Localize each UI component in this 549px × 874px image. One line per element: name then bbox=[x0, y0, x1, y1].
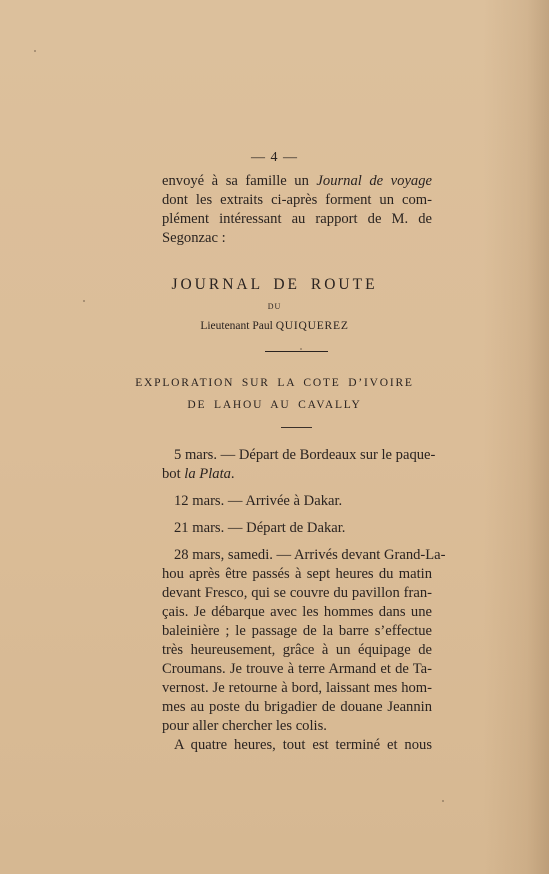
text-line: baleinière ; le passage de la barre s’ef… bbox=[162, 622, 432, 641]
text-line: 21 mars. — Départ de Dakar. bbox=[162, 519, 432, 538]
text-line: dont les extraits ci-après forment un co… bbox=[162, 191, 432, 210]
text-line: Segonzac : bbox=[162, 229, 432, 248]
text-line: hou après être passés à sept heures du m… bbox=[162, 565, 432, 584]
paper-speck bbox=[300, 348, 302, 350]
divider-rule-short bbox=[281, 427, 312, 428]
text-line: envoyé à sa famille un Journal de voyage bbox=[162, 172, 432, 191]
journal-entry: 12 mars. — Arrivée à Dakar. bbox=[162, 492, 432, 511]
text-line: 28 mars, samedi. — Arrivés devant Grand-… bbox=[162, 546, 432, 565]
paper-speck bbox=[34, 50, 36, 52]
title-du: DU bbox=[0, 302, 549, 311]
text-line: plément intéressant au rapport de M. de bbox=[162, 210, 432, 229]
paper-speck bbox=[83, 300, 85, 302]
text-line: bot la Plata. bbox=[162, 465, 432, 484]
journal-title: JOURNAL DE ROUTE bbox=[0, 276, 549, 294]
scanned-page: — 4 — envoyé à sa famille un Journal de … bbox=[0, 0, 549, 874]
text-line: Croumans. Je trouve à terre Armand et de… bbox=[162, 660, 432, 679]
journal-entry: A quatre heures, tout est terminé et nou… bbox=[162, 736, 432, 755]
paper-speck bbox=[442, 800, 444, 802]
text-line: devant Fresco, qui se couvre du pavillon… bbox=[162, 584, 432, 603]
text-line: çais. Je débarque avec les hommes dans u… bbox=[162, 603, 432, 622]
journal-entry: 21 mars. — Départ de Dakar. bbox=[162, 519, 432, 538]
subtitle-line-1: EXPLORATION SUR LA COTE D’IVOIRE bbox=[0, 377, 549, 389]
page-number: — 4 — bbox=[0, 150, 549, 166]
journal-entries: 5 mars. — Départ de Bordeaux sur le paqu… bbox=[162, 446, 432, 755]
journal-entry: 28 mars, samedi. — Arrivés devant Grand-… bbox=[162, 546, 432, 736]
text-line: mes au poste du brigadier de douane Jean… bbox=[162, 698, 432, 717]
intro-paragraph: envoyé à sa famille un Journal de voyage… bbox=[162, 172, 432, 248]
divider-rule bbox=[265, 351, 328, 352]
author-line: Lieutenant Paul QUIQUEREZ bbox=[0, 320, 549, 332]
text-line: vernost. Je retourne à bord, laissant me… bbox=[162, 679, 432, 698]
text-line: pour aller chercher les colis. bbox=[162, 717, 432, 736]
journal-entry: 5 mars. — Départ de Bordeaux sur le paqu… bbox=[162, 446, 432, 484]
subtitle-line-2: DE LAHOU AU CAVALLY bbox=[0, 399, 549, 411]
text-line: 12 mars. — Arrivée à Dakar. bbox=[162, 492, 432, 511]
text-line: très heureusement, grâce à un équipage d… bbox=[162, 641, 432, 660]
text-line: A quatre heures, tout est terminé et nou… bbox=[162, 736, 432, 755]
text-line: 5 mars. — Départ de Bordeaux sur le paqu… bbox=[162, 446, 432, 465]
